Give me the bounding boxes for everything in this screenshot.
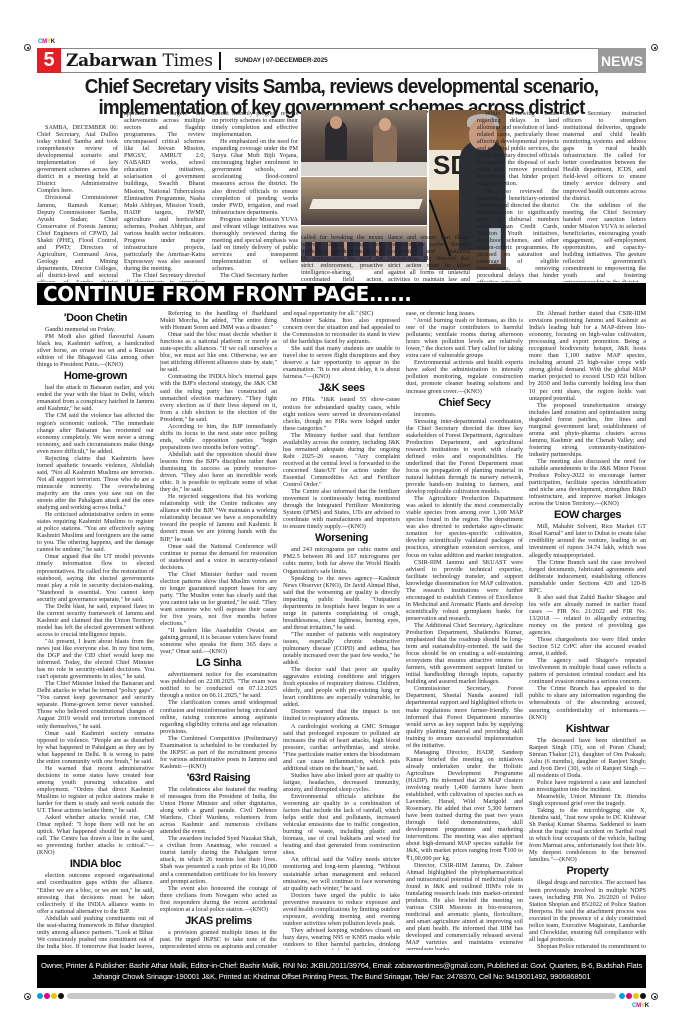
subhead-chief-secy: Chief Secy [406,396,523,410]
subhead-doon-chetin: 'Doon Chetin [37,311,154,325]
registration-mark-bottom-right [651,993,658,1000]
subhead-worsening: Worsening [283,531,400,545]
cmyk-mark-bottom: CMYK [632,1003,649,1009]
lead-column-7: Chief Secretary instructed officers to s… [563,110,646,282]
paper-name: Zabarwan Times [66,51,213,71]
divider [219,52,221,70]
black-swatch [640,993,646,999]
magenta-swatch [44,993,50,999]
yellow-swatch [51,993,57,999]
registration-mark-bottom-left [24,993,31,1000]
section-tag: NEWS [598,48,646,73]
continued-column-4: ease, or chronic lung issues. "Avoid bur… [406,310,523,950]
continued-column-3: and equal opportunity for all." (SIC) Mi… [283,310,400,950]
lead-column-5: ilance and ensure that illegal operation… [388,234,470,282]
imprint-line-2: Jahangir Chowk Srinagar-190001 J&K, Prin… [37,971,646,982]
cmyk-mark-top: CMYK [38,39,55,45]
imprint-footer: Owner, Printer & Publisher: Bashir Athar… [37,955,646,988]
cyan-swatch [37,993,43,999]
gray-strip [67,993,616,999]
subhead-jkas-prelims: JKAS prelims [160,914,277,928]
subhead-63rd-raising: '63rd Raising [160,771,277,785]
cyan-swatch [619,993,625,999]
registration-mark-right [651,44,658,51]
lead-column-1: SAMBA, DECEMBER 06: Chief Secretary, Ata… [37,124,118,282]
continued-column-1: 'Doon Chetin Gandhi memorial on Friday. … [37,310,154,950]
subhead-india-bloc: INDIA bloc [37,857,154,871]
magenta-swatch [626,993,632,999]
print-color-bar [37,993,646,999]
imprint-line-1: Owner, Printer & Publisher: Bashir Athar… [37,960,646,971]
photo-conference-hall [301,177,427,225]
subhead-jk-sees: J&K sees [283,381,400,395]
black-swatch [58,993,64,999]
dateline: SUNDAY | 07-DECEMBER-2025 [235,57,328,64]
continued-column-2: Referring to the handling of Jharkhand M… [160,310,277,950]
subhead-home-grown: Home-grown [37,369,154,383]
registration-mark-left [24,44,31,51]
lead-column-3: submit monthly progress reports on prior… [212,110,298,282]
page-number: 5 [37,48,61,73]
yellow-swatch [633,993,639,999]
continue-banner: CONTINUE FROM FRONT PAGE...... [37,283,646,305]
lead-column-6: While reviewing issues regarding delays … [477,110,559,282]
lead-column-2: appraisal of targets and achievements ac… [124,110,205,282]
subhead-lg-sinha: LG Sinha [160,656,277,670]
subhead-eow-charges: EOW charges [529,508,646,522]
continued-column-5: Dr. Ahmad further stated that CSIR-IIIM … [529,310,646,950]
masthead: 5 Zabarwan Times SUNDAY | 07-DECEMBER-20… [37,48,646,73]
lead-column-4: called for breaking the nexus between il… [301,234,383,282]
subhead-kishtwar: Kishtwar [529,722,646,736]
photo-officials-at-table [301,110,427,176]
subhead-property: Property [529,864,646,878]
